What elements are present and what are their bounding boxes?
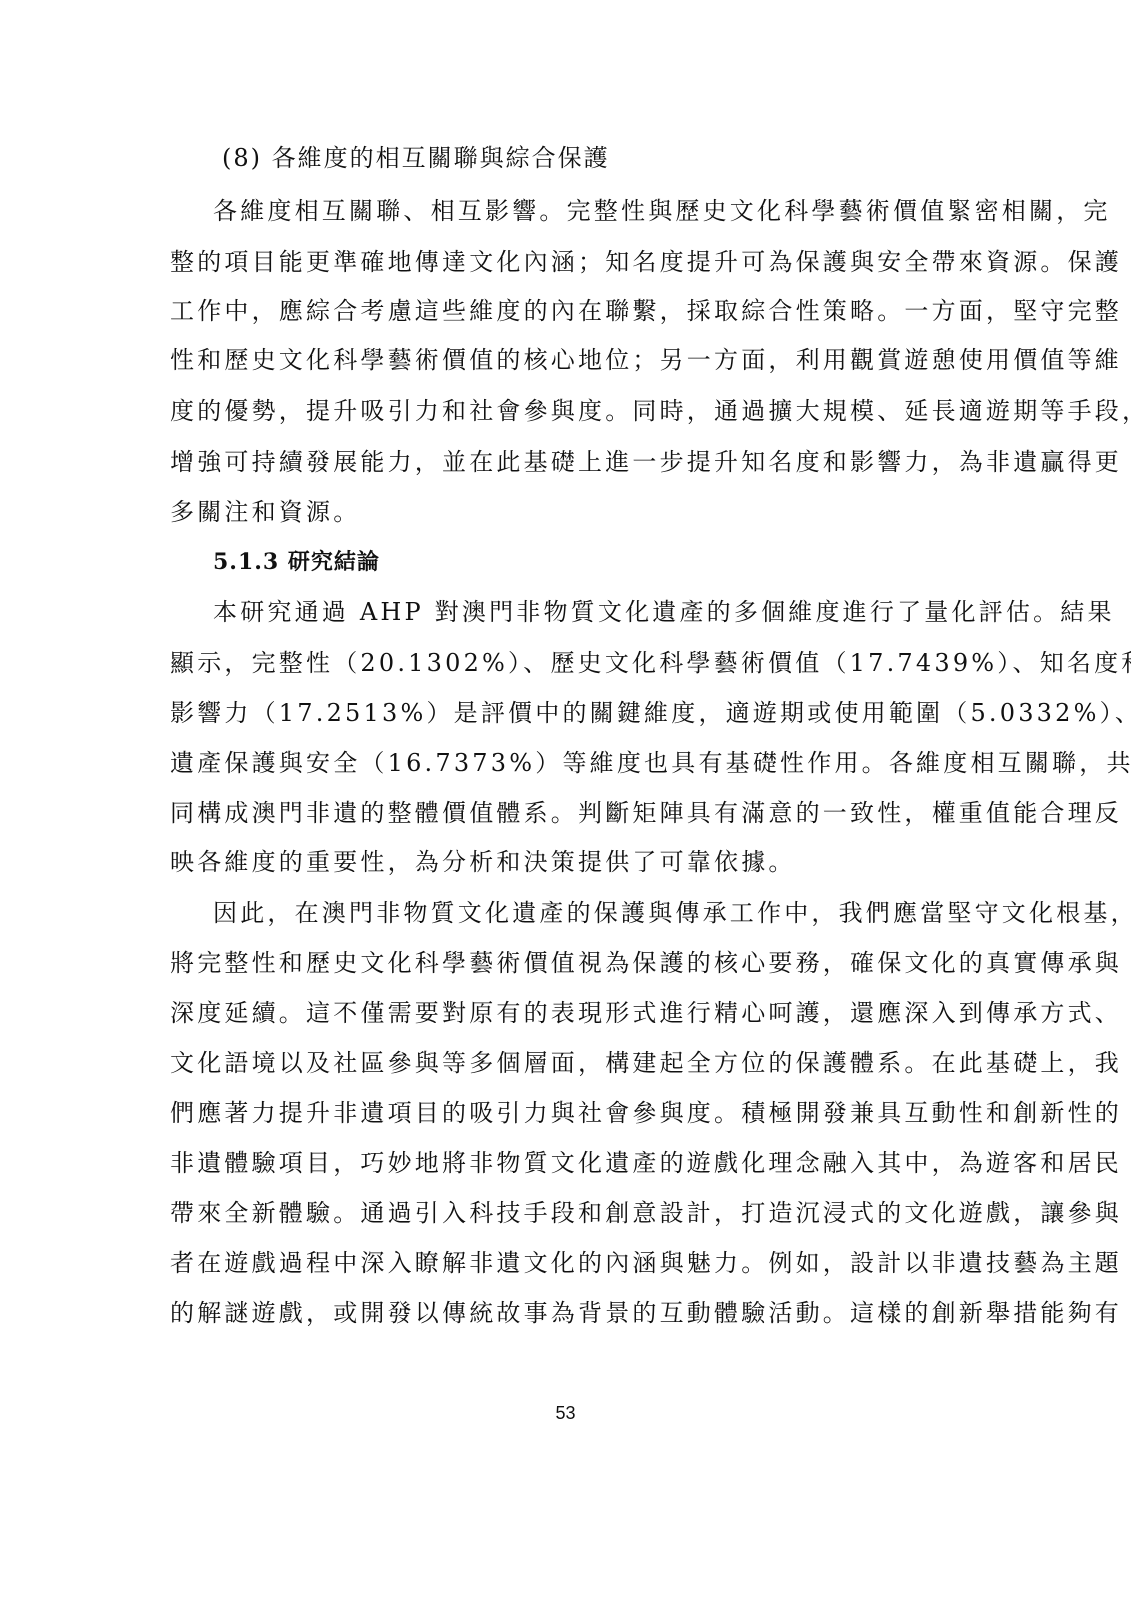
paragraph-1-line: 工作中，應綜合考慮這些維度的內在聯繫，採取綜合性策略。一方面，堅守完整: [170, 294, 942, 328]
paragraph-2-line: 本研究通過 AHP 對澳門非物質文化遺產的多個維度進行了量化評估。結果: [213, 595, 942, 629]
paragraph-2-line: 同構成澳門非遺的整體價值體系。判斷矩陣具有滿意的一致性，權重值能合理反: [170, 796, 942, 830]
paragraph-3-line: 者在遊戲過程中深入瞭解非遺文化的內涵與魅力。例如，設計以非遺技藝為主題: [170, 1246, 942, 1280]
paragraph-1-line: 性和歷史文化科學藝術價值的核心地位；另一方面，利用觀賞遊憩使用價值等維: [170, 343, 942, 377]
paragraph-3-line: 非遺體驗項目，巧妙地將非物質文化遺產的遊戲化理念融入其中，為遊客和居民: [170, 1146, 942, 1180]
paragraph-3-line: 帶來全新體驗。通過引入科技手段和創意設計，打造沉浸式的文化遊戲，讓參與: [170, 1196, 942, 1230]
paragraph-2-line: 影響力（17.2513%）是評價中的關鍵維度，適遊期或使用範圍（5.0332%）…: [170, 696, 942, 730]
paragraph-1-line: 各維度相互關聯、相互影響。完整性與歷史文化科學藝術價值緊密相關，完: [213, 194, 942, 228]
paragraph-1-line: 整的項目能更準確地傳達文化內涵；知名度提升可為保護與安全帶來資源。保護: [170, 245, 942, 279]
paragraph-3-line: 文化語境以及社區參與等多個層面，構建起全方位的保護體系。在此基礎上，我: [170, 1046, 942, 1080]
paragraph-3-line: 深度延續。這不僅需要對原有的表現形式進行精心呵護，還應深入到傳承方式、: [170, 996, 942, 1030]
page-number: 53: [0, 1403, 1131, 1424]
paragraph-2-line: 遺產保護與安全（16.7373%）等維度也具有基礎性作用。各維度相互關聯，共: [170, 746, 942, 780]
section-heading: 5.1.3 研究結論: [213, 545, 985, 579]
paragraph-2-line: 映各維度的重要性，為分析和決策提供了可靠依據。: [170, 845, 942, 879]
paragraph-3-line: 們應著力提升非遺項目的吸引力與社會參與度。積極開發兼具互動性和創新性的: [170, 1096, 942, 1130]
paragraph-1-line: 增強可持續發展能力，並在此基礎上進一步提升知名度和影響力，為非遺贏得更: [170, 445, 942, 479]
paragraph-1-line: 度的優勢，提升吸引力和社會參與度。同時，通過擴大規模、延長適遊期等手段，: [170, 394, 942, 428]
paragraph-2-line: 顯示，完整性（20.1302%）、歷史文化科學藝術價值（17.7439%）、知名…: [170, 646, 942, 680]
subsection-heading: (8) 各維度的相互關聯與綜合保護: [222, 141, 994, 175]
paragraph-3-line: 將完整性和歷史文化科學藝術價值視為保護的核心要務，確保文化的真實傳承與: [170, 946, 942, 980]
paragraph-3-line: 因此，在澳門非物質文化遺產的保護與傳承工作中，我們應當堅守文化根基，: [213, 896, 942, 930]
paragraph-1-line: 多關注和資源。: [170, 495, 942, 529]
paragraph-3-line: 的解謎遊戲，或開發以傳統故事為背景的互動體驗活動。這樣的創新舉措能夠有: [170, 1296, 942, 1330]
